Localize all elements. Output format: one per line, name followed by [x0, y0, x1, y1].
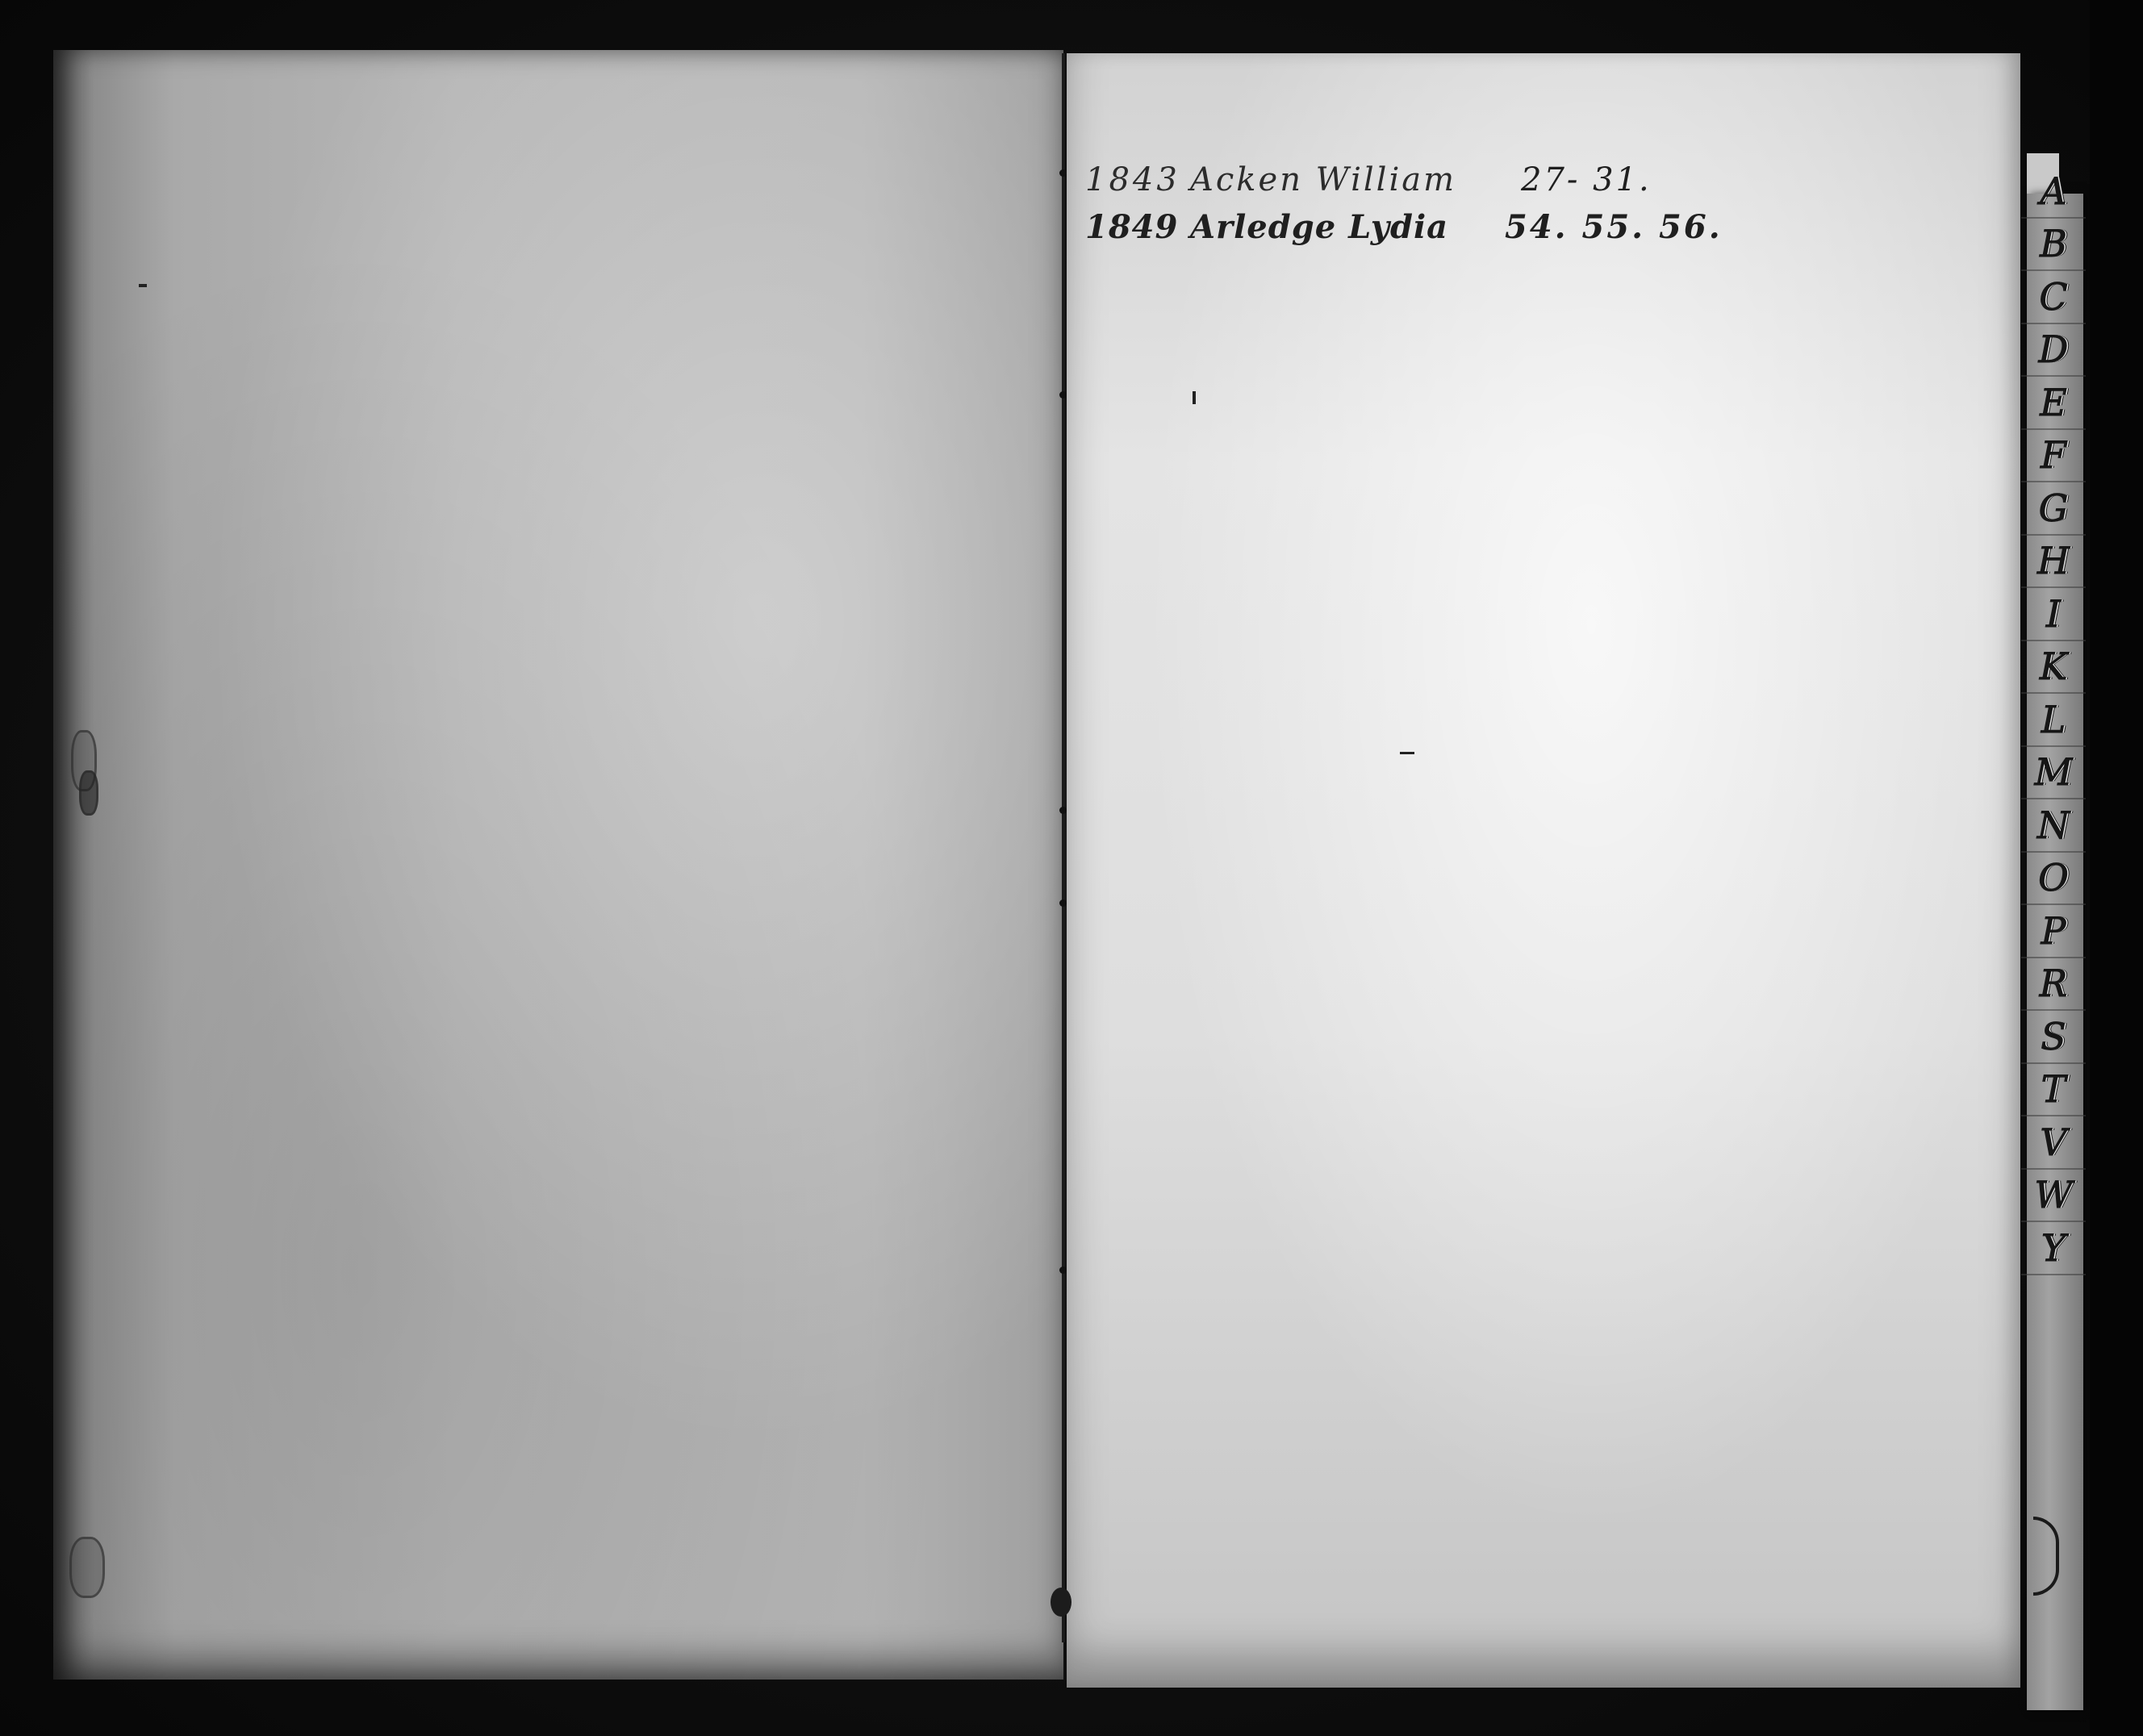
tab-g[interactable]: G — [2021, 482, 2086, 536]
tab-p[interactable]: P — [2021, 905, 2086, 958]
tab-w[interactable]: W — [2021, 1170, 2086, 1223]
binding-hole-middle — [79, 770, 98, 816]
tab-letter: O — [2038, 856, 2069, 899]
tab-k[interactable]: K — [2021, 641, 2086, 695]
tab-letter: G — [2039, 486, 2069, 530]
index-entry: 1849 Arledge Lydia 54. 55. 56. — [1085, 208, 1723, 255]
alphabet-index-tabs: A B C D E F G H I K L M N O P R S T V W … — [2021, 165, 2086, 1275]
spine-stitch — [1059, 169, 1067, 177]
tab-t[interactable]: T — [2021, 1064, 2086, 1117]
entry-year: 1849 — [1085, 208, 1190, 246]
tab-letter: L — [2041, 698, 2066, 741]
tab-letter: I — [2046, 592, 2061, 636]
entry-name: Arledge Lydia — [1190, 208, 1505, 246]
ink-speck — [1193, 391, 1196, 404]
right-page — [1067, 53, 2020, 1688]
tab-v[interactable]: V — [2021, 1116, 2086, 1170]
spine-stitch — [1059, 807, 1067, 814]
entry-pages: 27- 31. — [1521, 161, 1652, 198]
spine-stitch — [1059, 1267, 1067, 1274]
index-entries: 1843 Acken William 27- 31. 1849 Arledge … — [1085, 161, 1723, 255]
tab-letter: Y — [2041, 1226, 2066, 1270]
spine-stitch — [1059, 899, 1067, 907]
tab-y[interactable]: Y — [2021, 1222, 2086, 1275]
tab-b[interactable]: B — [2021, 219, 2086, 272]
tab-letter: W — [2034, 1173, 2072, 1216]
tab-c[interactable]: C — [2021, 271, 2086, 324]
tab-d[interactable]: D — [2021, 324, 2086, 378]
tab-letter: N — [2037, 803, 2070, 847]
tab-l[interactable]: L — [2021, 694, 2086, 747]
entry-name: Acken William — [1190, 161, 1521, 198]
binding-hole-bottom — [69, 1537, 105, 1598]
tab-letter: A — [2040, 169, 2066, 213]
ink-speck — [1400, 752, 1414, 754]
tab-letter: B — [2040, 222, 2067, 265]
tab-letter: K — [2040, 645, 2067, 688]
entry-year: 1843 — [1085, 161, 1190, 198]
tab-s[interactable]: S — [2021, 1011, 2086, 1064]
entry-pages: 54. 55. 56. — [1505, 208, 1723, 246]
tab-letter: S — [2041, 1015, 2066, 1058]
tab-r[interactable]: R — [2021, 958, 2086, 1012]
scan-edge — [2090, 0, 2143, 1736]
tab-letter: C — [2039, 275, 2067, 319]
tab-letter: F — [2041, 433, 2066, 477]
tab-i[interactable]: I — [2021, 588, 2086, 641]
tab-letter: M — [2034, 750, 2072, 794]
tab-f[interactable]: F — [2021, 430, 2086, 483]
ink-speck — [139, 284, 147, 287]
tab-letter: T — [2041, 1067, 2066, 1111]
book-spine — [1062, 53, 1065, 1642]
tab-letter: D — [2039, 328, 2069, 371]
tab-letter: E — [2040, 381, 2067, 424]
spine-knot — [1051, 1588, 1071, 1617]
tab-h[interactable]: H — [2021, 536, 2086, 589]
tab-letter: P — [2041, 909, 2066, 953]
tab-letter: H — [2037, 539, 2070, 582]
tab-m[interactable]: M — [2021, 747, 2086, 800]
tab-e[interactable]: E — [2021, 377, 2086, 430]
index-entry: 1843 Acken William 27- 31. — [1085, 161, 1723, 208]
tab-letter: V — [2040, 1120, 2066, 1164]
spine-stitch — [1059, 391, 1067, 399]
tab-o[interactable]: O — [2021, 853, 2086, 906]
tab-a[interactable]: A — [2021, 165, 2086, 219]
left-page — [53, 50, 1063, 1680]
tab-n[interactable]: N — [2021, 799, 2086, 853]
tab-letter: R — [2040, 962, 2068, 1005]
